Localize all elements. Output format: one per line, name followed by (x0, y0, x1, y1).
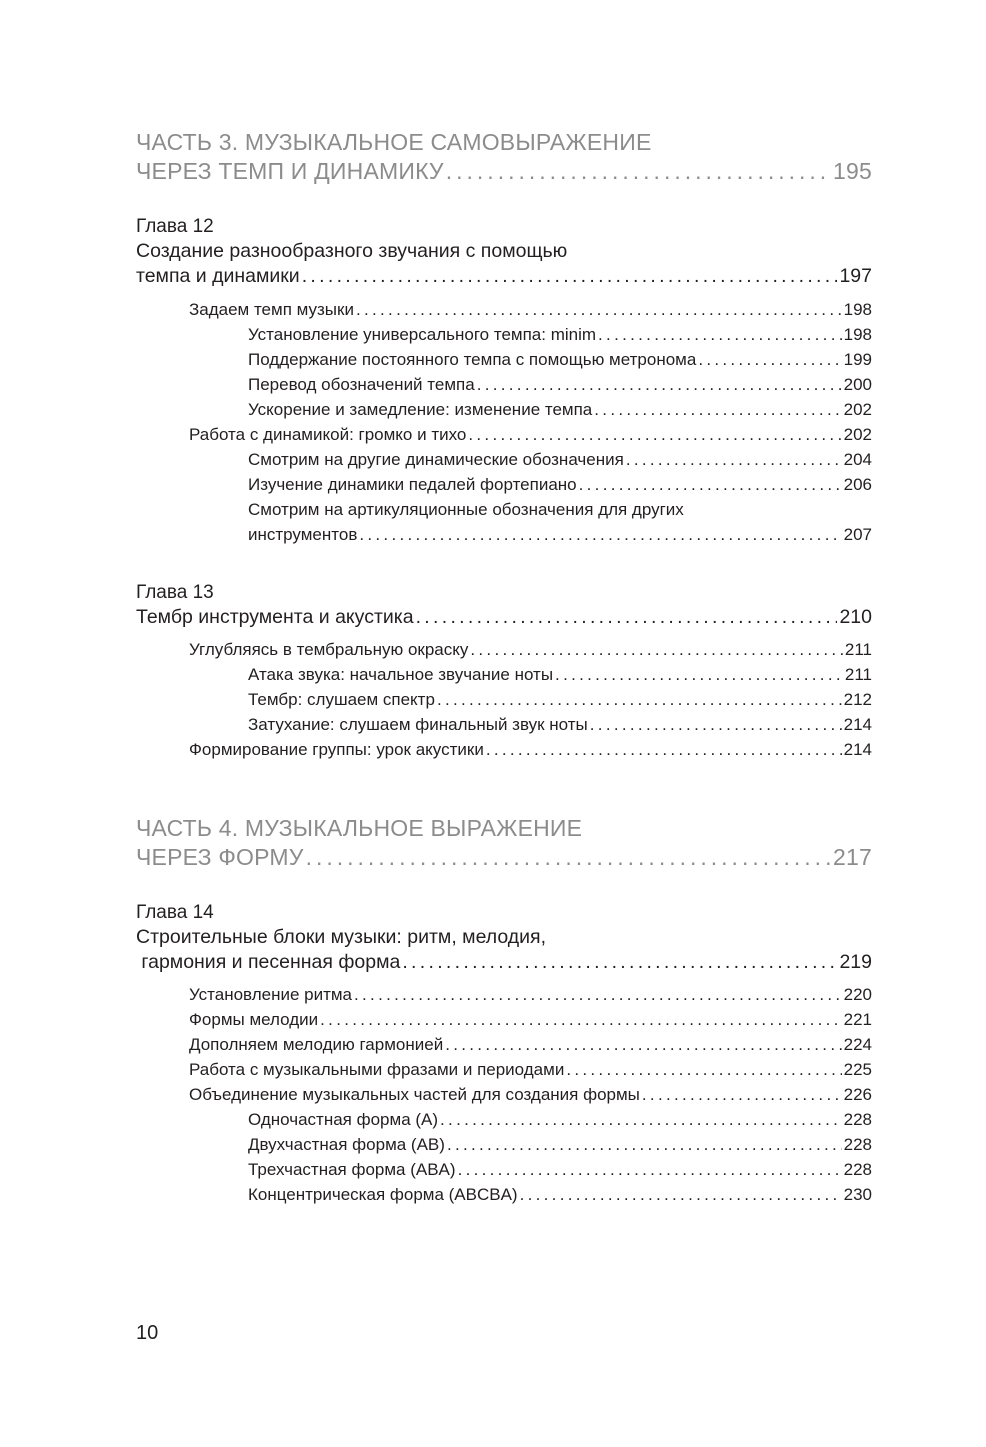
chapter-label: Глава 13 (136, 580, 214, 605)
part-heading: ЧАСТЬ 4. МУЗЫКАЛЬНОЕ ВЫРАЖЕНИЕ ЧЕРЕЗ ФОР… (136, 814, 872, 872)
toc-entry[interactable]: Затухание: слушаем финальный звук ноты21… (248, 712, 872, 737)
toc-entry[interactable]: Изучение динамики педалей фортепиано206 (248, 472, 872, 497)
toc-entry-wrapped[interactable]: Смотрим на артикуляционные обозначения д… (248, 497, 872, 522)
chapter-label: Глава 12 (136, 214, 214, 239)
toc-entry[interactable]: Работа с динамикой: громко и тихо202 (189, 422, 872, 447)
part-page: 217 (833, 843, 872, 872)
toc-entry[interactable]: Формирование группы: урок акустики214 (189, 737, 872, 762)
part-title-line2: ЧЕРЕЗ ТЕМП И ДИНАМИКУ 195 (136, 157, 872, 186)
chapter-label: Глава 14 (136, 900, 214, 925)
toc-entry[interactable]: Объединение музыкальных частей для созда… (189, 1082, 872, 1107)
toc-entry[interactable]: Одночастная форма (A)228 (248, 1107, 872, 1132)
chapter-title: Создание разнообразного звучания с помощ… (136, 239, 872, 289)
toc-entry[interactable]: Двухчастная форма (AB)228 (248, 1132, 872, 1157)
toc-entry[interactable]: Работа с музыкальными фразами и периодам… (189, 1057, 872, 1082)
dot-leader (306, 843, 831, 872)
part-page: 195 (833, 157, 872, 186)
chapter-page: 210 (839, 605, 872, 630)
part-title-line2: ЧЕРЕЗ ФОРМУ 217 (136, 843, 872, 872)
toc-entry[interactable]: Концентрическая форма (ABCBA)230 (248, 1182, 872, 1207)
toc-entry[interactable]: Формы мелодии221 (189, 1007, 872, 1032)
toc-entry[interactable]: Атака звука: начальное звучание ноты211 (248, 662, 872, 687)
toc-entry[interactable]: Дополняем мелодию гармонией224 (189, 1032, 872, 1057)
chapter-page: 219 (839, 950, 872, 975)
chapter-page: 197 (839, 264, 872, 289)
part-title-line1: ЧАСТЬ 4. МУЗЫКАЛЬНОЕ ВЫРАЖЕНИЕ (136, 814, 872, 843)
dot-leader (402, 950, 837, 975)
toc-page: ЧАСТЬ 3. МУЗЫКАЛЬНОЕ САМОВЫРАЖЕНИЕ ЧЕРЕЗ… (0, 0, 986, 1447)
toc-entry[interactable]: Установление ритма220 (189, 982, 872, 1007)
toc-entry[interactable]: Перевод обозначений темпа200 (248, 372, 872, 397)
toc-entry[interactable]: Смотрим на другие динамические обозначен… (248, 447, 872, 472)
dot-leader (302, 264, 838, 289)
part-title-line1: ЧАСТЬ 3. МУЗЫКАЛЬНОЕ САМОВЫРАЖЕНИЕ (136, 128, 872, 157)
part-heading: ЧАСТЬ 3. МУЗЫКАЛЬНОЕ САМОВЫРАЖЕНИЕ ЧЕРЕЗ… (136, 128, 872, 186)
toc-entry[interactable]: инструментов207 (248, 522, 872, 547)
page-number: 10 (136, 1322, 158, 1345)
toc-entry[interactable]: Трехчастная форма (ABA)228 (248, 1157, 872, 1182)
toc-entry[interactable]: Углубляясь в тембральную окраску211 (189, 637, 872, 662)
toc-entry[interactable]: Задаем темп музыки198 (189, 297, 872, 322)
toc-entry[interactable]: Поддержание постоянного темпа с помощью … (248, 347, 872, 372)
dot-leader (446, 157, 831, 186)
toc-entry[interactable]: Тембр: слушаем спектр212 (248, 687, 872, 712)
toc-entry[interactable]: Ускорение и замедление: изменение темпа2… (248, 397, 872, 422)
dot-leader (416, 605, 838, 630)
chapter-title: Тембр инструмента и акустика 210 (136, 605, 872, 630)
chapter-title: Строительные блоки музыки: ритм, мелодия… (136, 925, 872, 975)
toc-entry[interactable]: Установление универсального темпа: minim… (248, 322, 872, 347)
